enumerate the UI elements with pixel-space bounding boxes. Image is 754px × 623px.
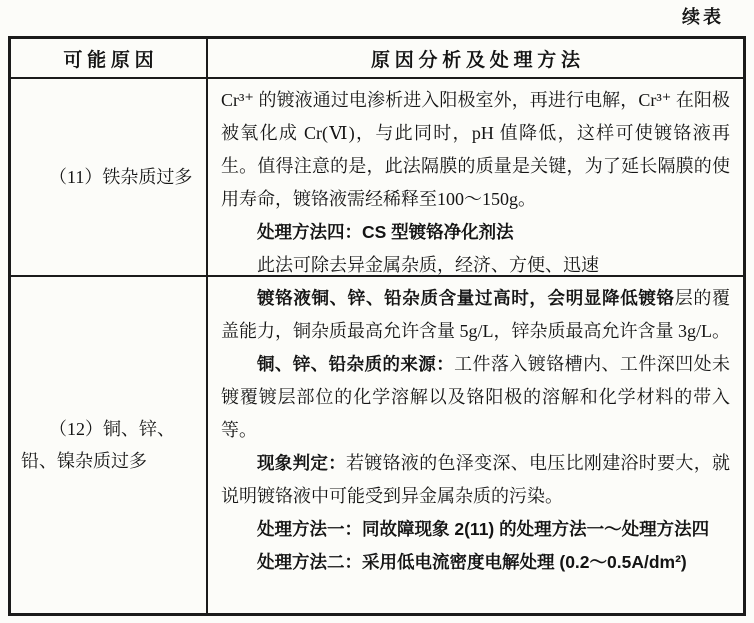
cause-text-line: 铅、镍杂质过多: [21, 445, 175, 477]
emphasis-text: 铜、锌、铅杂质的来源：: [257, 354, 454, 374]
analysis-cell: 镀铬液铜、锌、铅杂质含量过高时，会明显降低镀铬层的覆盖能力，铜杂质最高允许含量 …: [208, 277, 743, 613]
emphasis-text: 现象判定：: [257, 453, 346, 473]
document-page: 续表 可 能 原 因 原 因 分 析 及 处 理 方 法 （11）铁杂质过多Cr…: [0, 0, 754, 623]
paragraph: 镀铬液铜、锌、铅杂质含量过高时，会明显降低镀铬层的覆盖能力，铜杂质最高允许含量 …: [221, 282, 730, 348]
paragraph: Cr³⁺ 的镀液通过电渗析进入阳极室外，再进行电解，Cr³⁺ 在阳极被氧化成 C…: [221, 84, 730, 216]
table-header-row: 可 能 原 因 原 因 分 析 及 处 理 方 法: [11, 39, 743, 77]
cause-text-line: （12）铜、锌、: [21, 413, 175, 445]
cause-text-block: （11）铁杂质过多: [21, 161, 192, 193]
paragraph: 处理方法二：采用低电流密度电解处理 (0.2～0.5A/dm²): [221, 546, 730, 579]
paragraph: 现象判定：若镀铬液的色泽变深、电压比刚建浴时要大，就说明镀铬液中可能受到异金属杂…: [221, 447, 730, 513]
continued-table-label: 续表: [682, 3, 724, 29]
table-row: （12）铜、锌、铅、镍杂质过多镀铬液铜、锌、铅杂质含量过高时，会明显降低镀铬层的…: [11, 275, 743, 613]
cause-cell: （12）铜、锌、铅、镍杂质过多: [11, 277, 208, 613]
cause-cell: （11）铁杂质过多: [11, 79, 208, 275]
table-body: （11）铁杂质过多Cr³⁺ 的镀液通过电渗析进入阳极室外，再进行电解，Cr³⁺ …: [11, 77, 743, 613]
body-text: Cr³⁺ 的镀液通过电渗析进入阳极室外，再进行电解，Cr³⁺ 在阳极被氧化成 C…: [221, 90, 730, 209]
cause-text-line: （11）铁杂质过多: [21, 161, 192, 193]
paragraph: 处理方法四：CS 型镀铬净化剂法: [221, 216, 730, 249]
emphasis-text: 镀铬液铜、锌、铅杂质含量过高时，会明显降低镀铬: [257, 288, 675, 308]
header-analysis-column: 原 因 分 析 及 处 理 方 法: [208, 39, 743, 77]
analysis-cell: Cr³⁺ 的镀液通过电渗析进入阳极室外，再进行电解，Cr³⁺ 在阳极被氧化成 C…: [208, 79, 743, 275]
cause-text-block: （12）铜、锌、铅、镍杂质过多: [21, 413, 175, 477]
emphasis-text: 处理方法一：同故障现象 2(11) 的处理方法一～处理方法四: [257, 519, 709, 539]
paragraph: 铜、锌、铅杂质的来源：工件落入镀铬槽内、工件深凹处未镀覆镀层部位的化学溶解以及铬…: [221, 348, 730, 447]
header-cause-column: 可 能 原 因: [11, 39, 208, 77]
paragraph: 此法可除去异金属杂质，经济、方便、迅速: [221, 249, 730, 275]
emphasis-text: 处理方法四：CS 型镀铬净化剂法: [257, 222, 514, 242]
table-row: （11）铁杂质过多Cr³⁺ 的镀液通过电渗析进入阳极室外，再进行电解，Cr³⁺ …: [11, 77, 743, 275]
emphasis-text: 处理方法二：采用低电流密度电解处理 (0.2～0.5A/dm²): [257, 552, 687, 572]
troubleshooting-table: 可 能 原 因 原 因 分 析 及 处 理 方 法 （11）铁杂质过多Cr³⁺ …: [8, 36, 746, 616]
body-text: 此法可除去异金属杂质，经济、方便、迅速: [257, 255, 599, 275]
paragraph: 处理方法一：同故障现象 2(11) 的处理方法一～处理方法四: [221, 513, 730, 546]
